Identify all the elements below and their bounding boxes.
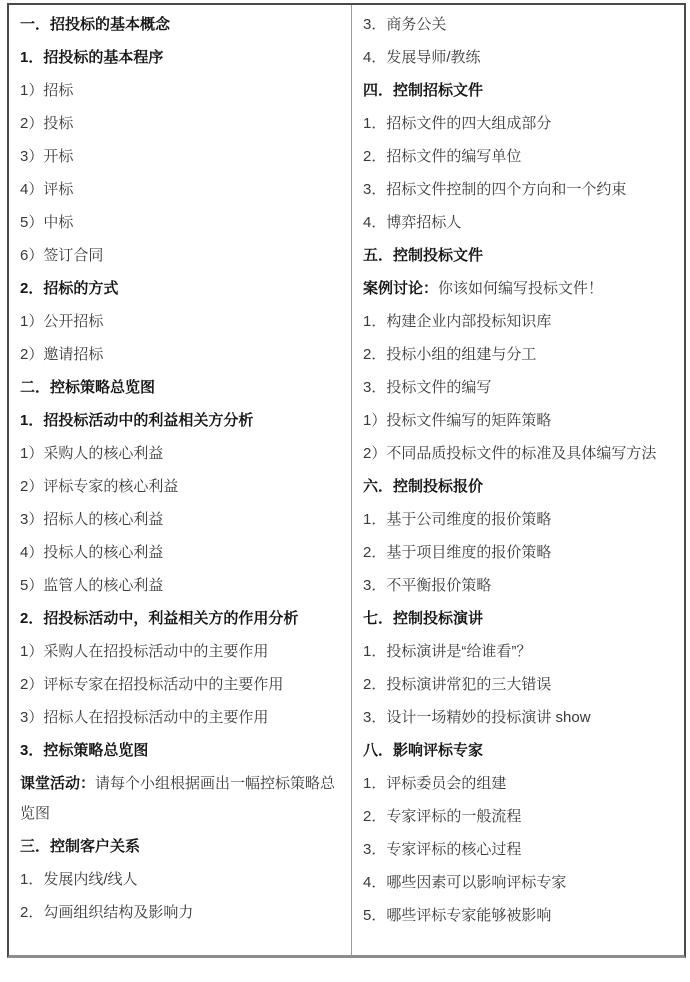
- outline-item: 课堂活动：请每个小组根据画出一幅控标策略总览图: [20, 769, 342, 829]
- outline-item: 1．招标文件的四大组成部分: [363, 109, 675, 139]
- outline-item-bold-run: 五．控制投标文件: [363, 247, 483, 264]
- outline-item: 3）招标人在招投标活动中的主要作用: [20, 703, 342, 733]
- outline-item: 2．招投标活动中，利益相关方的作用分析: [20, 604, 342, 634]
- outline-item-text-run: 2．基于项目维度的报价策略: [363, 544, 551, 561]
- outline-item: 1）采购人在招投标活动中的主要作用: [20, 637, 342, 667]
- outline-item-text-run: 6）签订合同: [20, 247, 103, 264]
- outline-item-text-run: 5）中标: [20, 214, 73, 231]
- outline-item-text-run: 1．投标演讲是“给谁看”？: [363, 643, 531, 660]
- outline-item: 3．招标文件控制的四个方向和一个约束: [363, 175, 675, 205]
- outline-item-text-run: 3）招标人的核心利益: [20, 511, 163, 528]
- outline-item-text-run: 4．发展导师/教练: [363, 49, 481, 66]
- outline-item-text-run: 2．勾画组织结构及影响力: [20, 904, 193, 921]
- outline-table: 一．招投标的基本概念1．招投标的基本程序1）招标2）投标3）开标4）评标5）中标…: [7, 3, 686, 958]
- outline-item-bold-run: 七．控制投标演讲: [363, 610, 483, 627]
- outline-item-text-run: 3）开标: [20, 148, 73, 165]
- outline-item-text-run: 3．投标文件的编写: [363, 379, 491, 396]
- outline-item-text-run: 3．设计一场精妙的投标演讲 show: [363, 709, 591, 726]
- outline-item: 3）开标: [20, 142, 342, 172]
- outline-item: 1．招投标的基本程序: [20, 43, 342, 73]
- outline-item: 4．博弈招标人: [363, 208, 675, 238]
- outline-item-text-run: 4）投标人的核心利益: [20, 544, 163, 561]
- outline-item: 4．哪些因素可以影响评标专家: [363, 868, 675, 898]
- outline-item: 4）评标: [20, 175, 342, 205]
- outline-item-text-run: 1．评标委员会的组建: [363, 775, 506, 792]
- outline-item-bold-run: 3．控标策略总览图: [20, 742, 148, 759]
- outline-item: 2）评标专家在招投标活动中的主要作用: [20, 670, 342, 700]
- outline-item: 五．控制投标文件: [363, 241, 675, 271]
- outline-item-text-run: 4．博弈招标人: [363, 214, 461, 231]
- outline-item: 2．招标的方式: [20, 274, 342, 304]
- outline-item-text-run: 1．构建企业内部投标知识库: [363, 313, 551, 330]
- outline-item: 2）不同品质投标文件的标准及具体编写方法: [363, 439, 675, 469]
- outline-item: 2．招标文件的编写单位: [363, 142, 675, 172]
- outline-item: 2．投标演讲常犯的三大错误: [363, 670, 675, 700]
- outline-item: 3．商务公关: [363, 10, 675, 40]
- outline-item: 1）公开招标: [20, 307, 342, 337]
- outline-item: 2）评标专家的核心利益: [20, 472, 342, 502]
- outline-item: 6）签订合同: [20, 241, 342, 271]
- outline-item-text-run: 1）投标文件编写的矩阵策略: [363, 412, 551, 429]
- outline-item: 3．设计一场精妙的投标演讲 show: [363, 703, 675, 733]
- outline-item-bold-run: 一．招投标的基本概念: [20, 16, 170, 33]
- outline-item: 1）采购人的核心利益: [20, 439, 342, 469]
- outline-item: 三．控制客户关系: [20, 832, 342, 862]
- outline-item-text-run: 2）投标: [20, 115, 73, 132]
- outline-item: 1）招标: [20, 76, 342, 106]
- outline-item: 2．基于项目维度的报价策略: [363, 538, 675, 568]
- outline-item-text-run: 4．哪些因素可以影响评标专家: [363, 874, 566, 891]
- outline-item-text-run: 1．基于公司维度的报价策略: [363, 511, 551, 528]
- outline-item-text-run: 5）监管人的核心利益: [20, 577, 163, 594]
- outline-item-text-run: 4）评标: [20, 181, 73, 198]
- outline-item-bold-run: 二．控标策略总览图: [20, 379, 155, 396]
- outline-item-text-run: 2）邀请招标: [20, 346, 103, 363]
- outline-item-text-run: 1）公开招标: [20, 313, 103, 330]
- outline-item-bold-run: 案例讨论：: [363, 280, 438, 297]
- outline-item: 八．影响评标专家: [363, 736, 675, 766]
- outline-item-text-run: 3．不平衡报价策略: [363, 577, 491, 594]
- outline-item: 2．勾画组织结构及影响力: [20, 898, 342, 928]
- outline-item-text-run: 1．招标文件的四大组成部分: [363, 115, 551, 132]
- outline-item-bold-run: 八．影响评标专家: [363, 742, 483, 759]
- outline-item: 2）投标: [20, 109, 342, 139]
- outline-item-text-run: 2．投标小组的组建与分工: [363, 346, 536, 363]
- outline-item: 1．构建企业内部投标知识库: [363, 307, 675, 337]
- outline-item-text-run: 3）招标人在招投标活动中的主要作用: [20, 709, 268, 726]
- outline-item-text-run: 3．招标文件控制的四个方向和一个约束: [363, 181, 626, 198]
- outline-item: 案例讨论：你该如何编写投标文件！: [363, 274, 675, 304]
- outline-item-text-run: 1）招标: [20, 82, 73, 99]
- outline-item-text-run: 5．哪些评标专家能够被影响: [363, 907, 551, 924]
- outline-item-bold-run: 1．招投标活动中的利益相关方分析: [20, 412, 253, 429]
- outline-item: 二．控标策略总览图: [20, 373, 342, 403]
- outline-item-text-run: 1）采购人在招投标活动中的主要作用: [20, 643, 268, 660]
- outline-column-right: 3．商务公关4．发展导师/教练四．控制招标文件1．招标文件的四大组成部分2．招标…: [351, 5, 684, 955]
- outline-item: 1．基于公司维度的报价策略: [363, 505, 675, 535]
- outline-item: 3．专家评标的核心过程: [363, 835, 675, 865]
- outline-item: 1．投标演讲是“给谁看”？: [363, 637, 675, 667]
- outline-item: 2．投标小组的组建与分工: [363, 340, 675, 370]
- outline-item-bold-run: 课堂活动：: [20, 775, 95, 792]
- outline-column-left: 一．招投标的基本概念1．招投标的基本程序1）招标2）投标3）开标4）评标5）中标…: [9, 5, 351, 955]
- outline-item: 5）中标: [20, 208, 342, 238]
- outline-item: 3．不平衡报价策略: [363, 571, 675, 601]
- outline-item: 3．投标文件的编写: [363, 373, 675, 403]
- outline-item-text-run: 2）评标专家在招投标活动中的主要作用: [20, 676, 283, 693]
- outline-item-text-run: 3．商务公关: [363, 16, 446, 33]
- outline-item: 5）监管人的核心利益: [20, 571, 342, 601]
- outline-item-text-run: 2．招标文件的编写单位: [363, 148, 521, 165]
- outline-item: 4）投标人的核心利益: [20, 538, 342, 568]
- outline-item-text-run: 2．投标演讲常犯的三大错误: [363, 676, 551, 693]
- outline-item-bold-run: 三．控制客户关系: [20, 838, 140, 855]
- outline-item: 3．控标策略总览图: [20, 736, 342, 766]
- outline-item: 2．专家评标的一般流程: [363, 802, 675, 832]
- outline-item-text-run: 1）采购人的核心利益: [20, 445, 163, 462]
- outline-item: 四．控制招标文件: [363, 76, 675, 106]
- outline-item-text-run: 2）评标专家的核心利益: [20, 478, 178, 495]
- outline-item-text-run: 2）不同品质投标文件的标准及具体编写方法: [363, 445, 656, 462]
- outline-item-text-run: 你该如何编写投标文件！: [438, 280, 603, 297]
- outline-item: 六．控制投标报价: [363, 472, 675, 502]
- outline-item-text-run: 2．专家评标的一般流程: [363, 808, 521, 825]
- outline-item-bold-run: 2．招标的方式: [20, 280, 118, 297]
- outline-item: 1．发展内线/线人: [20, 865, 342, 895]
- outline-item-bold-run: 四．控制招标文件: [363, 82, 483, 99]
- outline-item: 5．哪些评标专家能够被影响: [363, 901, 675, 931]
- outline-item-bold-run: 2．招投标活动中，利益相关方的作用分析: [20, 610, 298, 627]
- outline-item: 七．控制投标演讲: [363, 604, 675, 634]
- outline-item: 3）招标人的核心利益: [20, 505, 342, 535]
- outline-item-text-run: 3．专家评标的核心过程: [363, 841, 521, 858]
- outline-item: 1．招投标活动中的利益相关方分析: [20, 406, 342, 436]
- outline-item-text-run: 1．发展内线/线人: [20, 871, 138, 888]
- outline-item-bold-run: 六．控制投标报价: [363, 478, 483, 495]
- outline-item: 一．招投标的基本概念: [20, 10, 342, 40]
- outline-item: 2）邀请招标: [20, 340, 342, 370]
- outline-item: 1）投标文件编写的矩阵策略: [363, 406, 675, 436]
- outline-item-bold-run: 1．招投标的基本程序: [20, 49, 163, 66]
- outline-item: 4．发展导师/教练: [363, 43, 675, 73]
- outline-item: 1．评标委员会的组建: [363, 769, 675, 799]
